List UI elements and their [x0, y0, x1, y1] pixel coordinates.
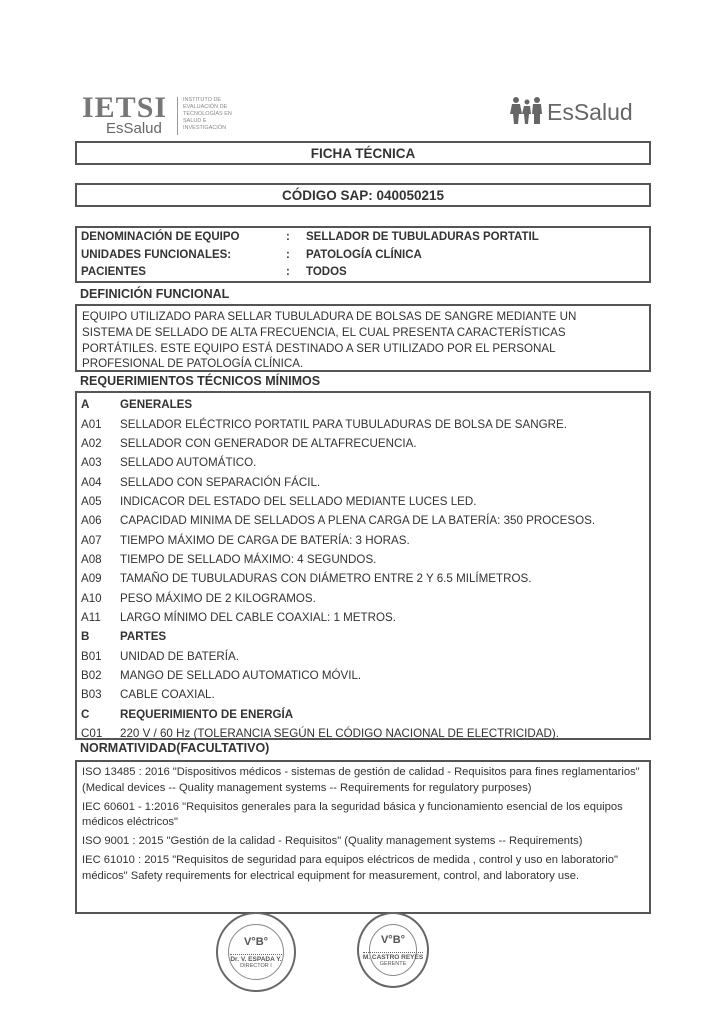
requirement-code: A06 [81, 514, 120, 527]
tagline-line: INSTITUTO DE [183, 97, 243, 104]
definicion-line: SISTEMA DE SELLADO DE ALTA FRECUENCIA, E… [82, 325, 645, 341]
requirement-code: A10 [81, 592, 120, 605]
requirement-text: PARTES [120, 630, 166, 643]
tagline-line: INVESTIGACIÓN [183, 125, 243, 132]
requirement-group-heading: CREQUERIMIENTO DE ENERGÍA [81, 705, 649, 724]
requirement-code: A05 [81, 495, 120, 508]
requirement-group-heading: AGENERALES [81, 395, 649, 414]
definicion-box: EQUIPO UTILIZADO PARA SELLAR TUBULADURA … [75, 304, 651, 372]
info-row: UNIDADES FUNCIONALES: : PATOLOGÍA CLÍNIC… [81, 249, 649, 267]
requirement-text: CABLE COAXIAL. [120, 688, 215, 701]
stamp-role: GERENTE [380, 961, 407, 967]
info-label: PACIENTES [81, 266, 286, 284]
requirement-row: B03CABLE COAXIAL. [81, 685, 649, 704]
requirement-code: B02 [81, 669, 120, 682]
info-separator: : [286, 249, 306, 267]
requirement-text: SELLADOR ELÉCTRICO PORTATIL PARA TUBULAD… [120, 418, 567, 431]
tagline-line: EVALUACIÓN DE [183, 104, 243, 111]
requirement-row: A08TIEMPO DE SELLADO MÁXIMO: 4 SEGUNDOS. [81, 550, 649, 569]
requirement-code: A [81, 398, 120, 411]
definicion-line: PROFESIONAL DE PATOLOGÍA CLÍNICA. [82, 356, 645, 372]
essalud-logo: EsSalud [510, 94, 633, 124]
standard-item: IEC 61010 : 2015 "Requisitos de segurida… [82, 853, 644, 884]
requirement-row: B02MANGO DE SELLADO AUTOMATICO MÓVIL. [81, 666, 649, 685]
requirement-code: A09 [81, 572, 120, 585]
requirement-row: A09TAMAÑO DE TUBULADURAS CON DIÁMETRO EN… [81, 569, 649, 588]
requirement-text: CAPACIDAD MINIMA DE SELLADOS A PLENA CAR… [120, 514, 595, 527]
tagline-line: SALUD E [183, 118, 243, 125]
info-value: TODOS [306, 266, 347, 284]
equipment-info-box: DENOMINACIÓN DE EQUIPO : SELLADOR DE TUB… [75, 226, 651, 283]
requirement-text: 220 V / 60 Hz (TOLERANCIA SEGÚN EL CÓDIG… [120, 727, 559, 740]
document-title-box: FICHA TÉCNICA [75, 141, 651, 165]
info-row: PACIENTES : TODOS [81, 266, 649, 284]
requirement-text: SELLADO AUTOMÁTICO. [120, 456, 256, 469]
logo-divider [177, 97, 178, 135]
requerimientos-box: AGENERALESA01SELLADOR ELÉCTRICO PORTATIL… [75, 391, 651, 740]
requirement-row: A04SELLADO CON SEPARACIÓN FÁCIL. [81, 472, 649, 491]
requirement-code: C01 [81, 727, 120, 740]
requirement-text: MANGO DE SELLADO AUTOMATICO MÓVIL. [120, 669, 361, 682]
requirement-code: A01 [81, 418, 120, 431]
requirement-text: PESO MÁXIMO DE 2 KILOGRAMOS. [120, 592, 316, 605]
stamp-vb: V°B° [381, 934, 405, 946]
approval-stamp-gerente: V°B° M. CASTRO REYES GERENTE [357, 912, 429, 988]
stamp-inner-ring [369, 924, 417, 976]
requirement-code: A02 [81, 437, 120, 450]
family-figures-icon [510, 96, 544, 124]
stamp-name: Dr. V. ESPADA Y. [230, 954, 281, 963]
requirement-row: A07TIEMPO MÁXIMO DE CARGA DE BATERÍA: 3 … [81, 530, 649, 549]
requirement-row: A06CAPACIDAD MINIMA DE SELLADOS A PLENA … [81, 511, 649, 530]
normatividad-box: ISO 13485 : 2016 "Dispositivos médicos -… [75, 760, 651, 914]
requirement-text: LARGO MÍNIMO DEL CABLE COAXIAL: 1 METROS… [120, 611, 396, 624]
requirement-text: GENERALES [120, 398, 192, 411]
section-title-definicion: DEFINICIÓN FUNCIONAL [80, 287, 229, 301]
requirement-code: A04 [81, 476, 120, 489]
requirement-code: B03 [81, 688, 120, 701]
requirement-row: A11LARGO MÍNIMO DEL CABLE COAXIAL: 1 MET… [81, 608, 649, 627]
stamp-vb: V°B° [244, 936, 268, 948]
stamp-name: M. CASTRO REYES [363, 952, 423, 961]
requirement-code: A03 [81, 456, 120, 469]
requirement-row: A02SELLADOR CON GENERADOR DE ALTAFRECUEN… [81, 434, 649, 453]
standard-item: ISO 9001 : 2015 "Gestión de la calidad -… [82, 834, 644, 850]
definicion-line: EQUIPO UTILIZADO PARA SELLAR TUBULADURA … [82, 309, 645, 325]
essalud-logo-text: EsSalud [547, 101, 633, 124]
ietsi-logo: IETSI EsSalud INSTITUTO DE EVALUACIÓN DE… [82, 95, 242, 140]
requirement-row: A01SELLADOR ELÉCTRICO PORTATIL PARA TUBU… [81, 414, 649, 433]
section-title-requerimientos: REQUERIMIENTOS TÉCNICOS MÍNIMOS [80, 374, 320, 388]
stamp-role: DIRECTOR I [240, 963, 272, 969]
requirement-row: A03SELLADO AUTOMÁTICO. [81, 453, 649, 472]
definicion-line: PORTÁTILES. ESTE EQUIPO ESTÁ DESTINADO A… [82, 341, 645, 357]
requirement-group-heading: BPARTES [81, 627, 649, 646]
requirement-text: REQUERIMIENTO DE ENERGÍA [120, 708, 293, 721]
requirement-code: A11 [81, 611, 120, 624]
requirement-code: B01 [81, 650, 120, 663]
section-title-normatividad: NORMATIVIDAD(FACULTATIVO) [80, 741, 269, 755]
approval-stamp-director: V°B° Dr. V. ESPADA Y. DIRECTOR I [216, 912, 296, 992]
requirement-code: A07 [81, 534, 120, 547]
info-label: UNIDADES FUNCIONALES: [81, 249, 286, 267]
info-value: PATOLOGÍA CLÍNICA [306, 249, 422, 267]
requirement-text: SELLADO CON SEPARACIÓN FÁCIL. [120, 476, 320, 489]
info-row: DENOMINACIÓN DE EQUIPO : SELLADOR DE TUB… [81, 231, 649, 249]
requirement-code: B [81, 630, 120, 643]
document-title: FICHA TÉCNICA [311, 146, 416, 161]
requirement-row: A10PESO MÁXIMO DE 2 KILOGRAMOS. [81, 588, 649, 607]
stamp-inner-ring [228, 924, 284, 980]
requirement-text: TIEMPO MÁXIMO DE CARGA DE BATERÍA: 3 HOR… [120, 534, 410, 547]
sap-code-box: CÓDIGO SAP: 040050215 [75, 183, 651, 207]
info-value: SELLADOR DE TUBULADURAS PORTATIL [306, 231, 539, 249]
ietsi-logo-sub: EsSalud [106, 121, 162, 136]
requirement-code: A08 [81, 553, 120, 566]
requirement-code: C [81, 708, 120, 721]
ietsi-tagline: INSTITUTO DE EVALUACIÓN DE TECNOLOGÍAS E… [183, 97, 243, 132]
sap-code: CÓDIGO SAP: 040050215 [282, 188, 444, 203]
info-label: DENOMINACIÓN DE EQUIPO [81, 231, 286, 249]
requirement-text: UNIDAD DE BATERÍA. [120, 650, 239, 663]
ietsi-logo-main: IETSI [82, 93, 167, 123]
requirement-text: TIEMPO DE SELLADO MÁXIMO: 4 SEGUNDOS. [120, 553, 376, 566]
requirement-row: A05INDICACOR DEL ESTADO DEL SELLADO MEDI… [81, 492, 649, 511]
standard-item: IEC 60601 - 1:2016 "Requisitos generales… [82, 800, 644, 831]
requirement-text: INDICACOR DEL ESTADO DEL SELLADO MEDIANT… [120, 495, 476, 508]
info-separator: : [286, 231, 306, 249]
standard-item: ISO 13485 : 2016 "Dispositivos médicos -… [82, 765, 644, 796]
requirement-text: SELLADOR CON GENERADOR DE ALTAFRECUENCIA… [120, 437, 417, 450]
requirement-text: TAMAÑO DE TUBULADURAS CON DIÁMETRO ENTRE… [120, 572, 531, 585]
info-separator: : [286, 266, 306, 284]
requirement-row: B01UNIDAD DE BATERÍA. [81, 646, 649, 665]
tagline-line: TECNOLOGÍAS EN [183, 111, 243, 118]
